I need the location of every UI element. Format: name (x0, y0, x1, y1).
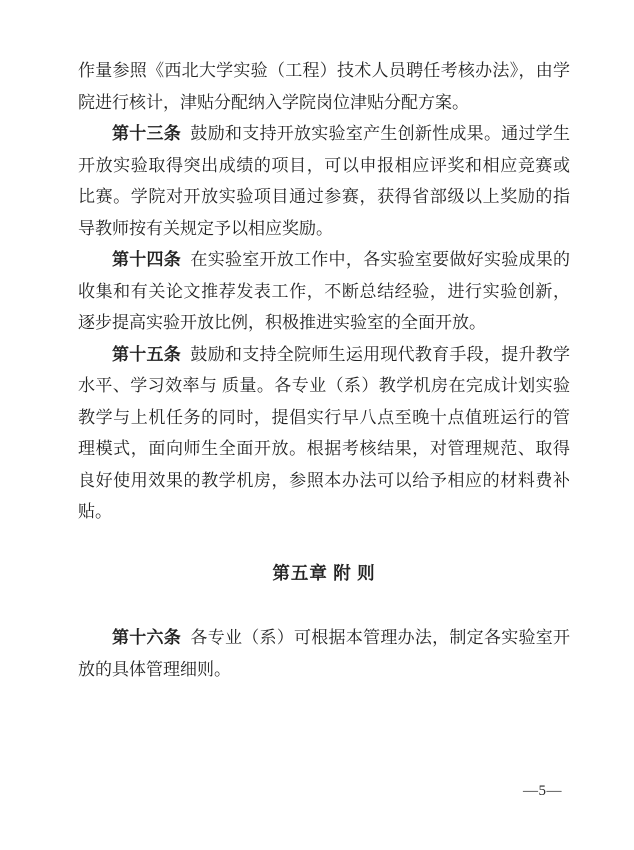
page-number: —5— (523, 783, 562, 800)
article-number: 第十五条 (112, 345, 181, 364)
paragraphs-after-heading: 第十六条各专业（系）可根据本管理办法，制定各实验室开放的具体管理细则。 (78, 622, 570, 685)
document-body: 作量参照《西北大学实验（工程）技术人员聘任考核办法》，由学院进行核计，津贴分配纳… (78, 55, 570, 685)
body-paragraph: 作量参照《西北大学实验（工程）技术人员聘任考核办法》，由学院进行核计，津贴分配纳… (78, 55, 570, 118)
article-number: 第十四条 (112, 250, 181, 269)
body-paragraph: 第十四条在实验室开放工作中，各实验室要做好实验成果的收集和有关论文推荐发表工作，… (78, 244, 570, 339)
body-paragraph: 第十五条鼓励和支持全院师生运用现代教育手段，提升教学水平、学习效率与 质量。各专… (78, 339, 570, 528)
document-page: 作量参照《西北大学实验（工程）技术人员聘任考核办法》，由学院进行核计，津贴分配纳… (0, 0, 634, 850)
body-paragraph: 第十六条各专业（系）可根据本管理办法，制定各实验室开放的具体管理细则。 (78, 622, 570, 685)
article-number: 第十三条 (112, 124, 181, 143)
chapter-heading: 第五章 附 则 (78, 558, 570, 590)
paragraphs-before-heading: 作量参照《西北大学实验（工程）技术人员聘任考核办法》，由学院进行核计，津贴分配纳… (78, 55, 570, 528)
article-number: 第十六条 (112, 628, 181, 647)
body-paragraph: 第十三条鼓励和支持开放实验室产生创新性成果。通过学生开放实验取得突出成绩的项目，… (78, 118, 570, 244)
